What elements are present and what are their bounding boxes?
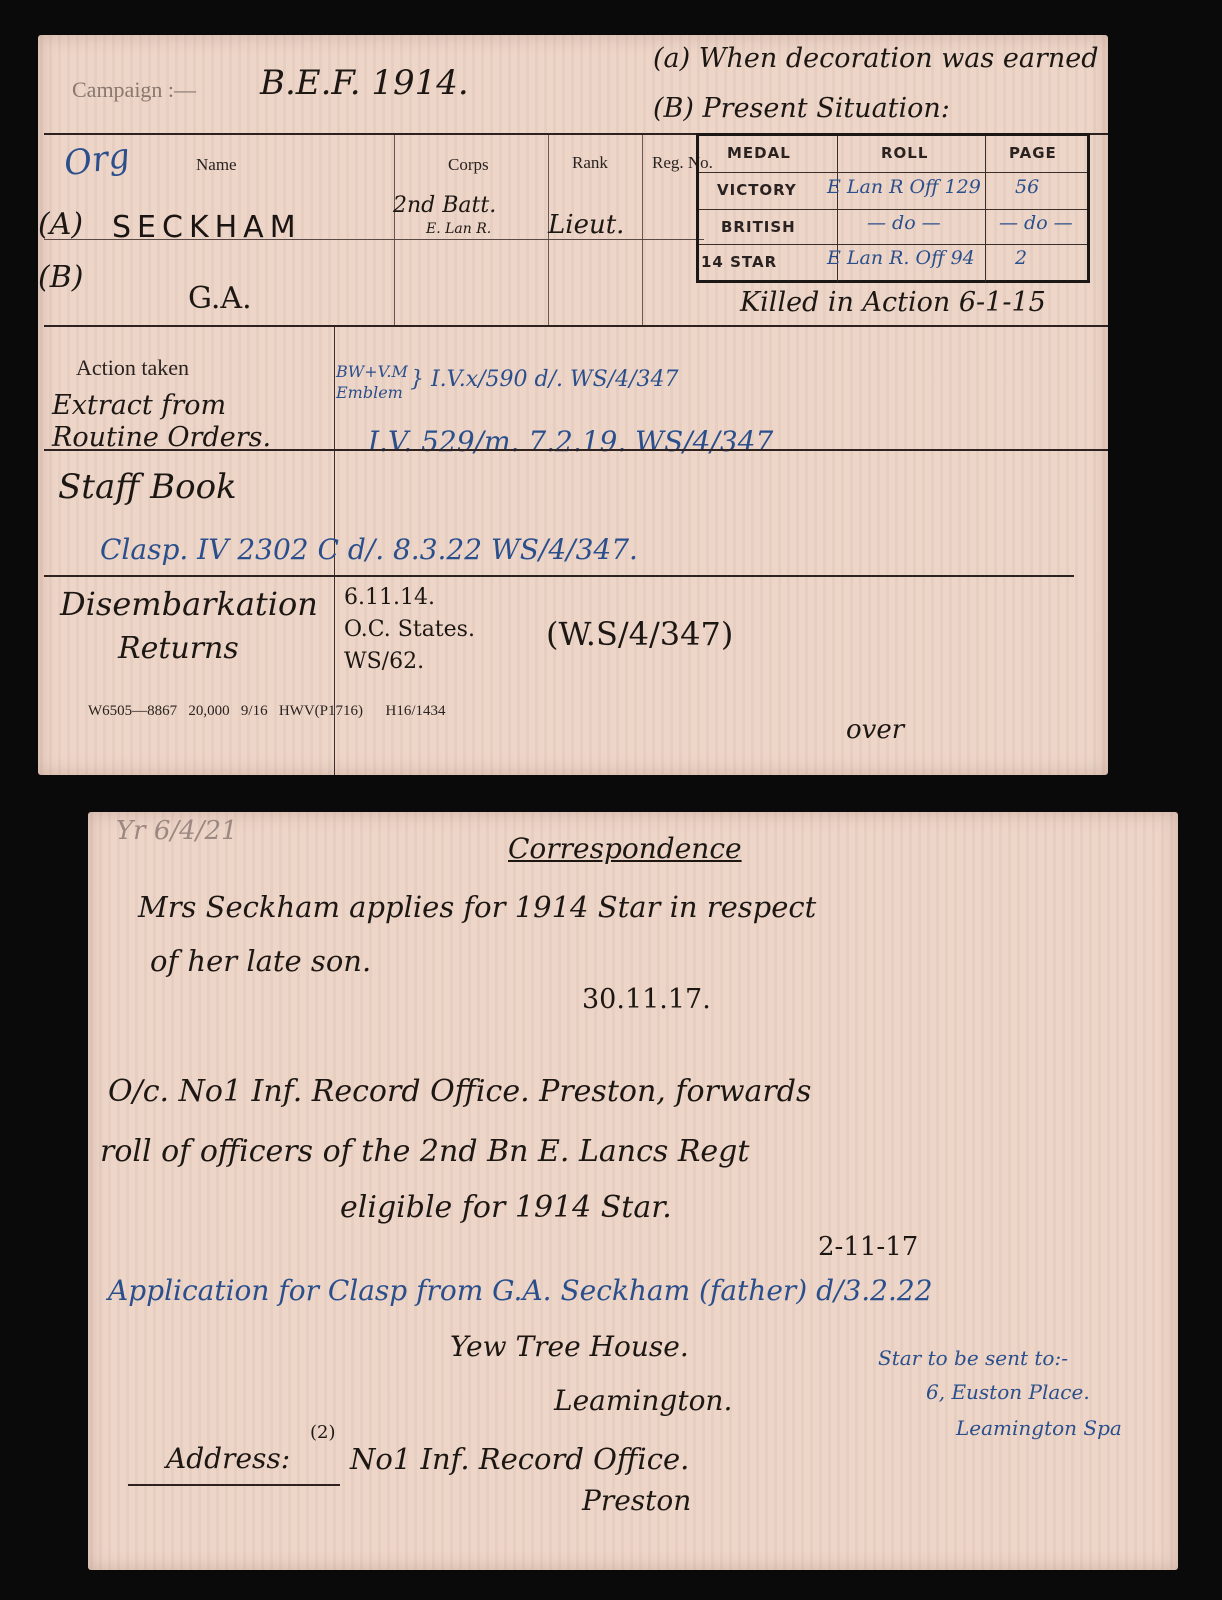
corps-line-2: E. Lan R.: [426, 221, 491, 237]
action-left-2: Staff Book: [58, 467, 237, 507]
correspondence-line-2: of her late son.: [150, 944, 371, 978]
correspondence-date-1: 30.11.17.: [582, 984, 711, 1015]
row-b-marker: (B): [38, 260, 83, 295]
action-right-2: I.V. 529/m. 7.2.19. WS/4/347: [368, 425, 773, 458]
disembark-ref: WS/62.: [344, 649, 424, 674]
roll-1914-star: E Lan R. Off 94: [827, 247, 975, 269]
medal-british: BRITISH: [721, 218, 796, 236]
correspondence-line-8: Leamington.: [554, 1384, 732, 1417]
address-underline: [128, 1484, 340, 1486]
pencil-note: Yr 6/4/21: [116, 816, 238, 846]
medal-header: MEDAL: [727, 144, 791, 162]
campaign-label: Campaign :—: [72, 77, 196, 103]
action-right-1b: Emblem: [336, 383, 403, 402]
header-name: Name: [196, 155, 237, 175]
row-a-marker: (A): [38, 207, 83, 242]
address-line-1: No1 Inf. Record Office.: [350, 1442, 689, 1476]
page-british: — do —: [999, 212, 1073, 234]
page-1914-star: 2: [1015, 247, 1027, 269]
roll-victory: E Lan R Off 129: [827, 176, 981, 198]
medal-table: MEDAL ROLL PAGE VICTORY E Lan R Off 129 …: [696, 133, 1090, 283]
over-note: over: [846, 715, 904, 745]
divider: [44, 325, 1108, 327]
address-line-2: Preston: [582, 1484, 691, 1517]
roll-british: — do —: [867, 212, 941, 234]
returns-label: Returns: [118, 631, 239, 666]
action-right-1a: BW+V.M: [336, 362, 408, 381]
page-header: PAGE: [1009, 144, 1057, 162]
clasp-line: Clasp. IV 2302 C d/. 8.3.22 WS/4/347.: [100, 533, 638, 566]
disembark-ws-ref: (W.S/4/347): [546, 615, 733, 653]
rank-value: Lieut.: [548, 210, 624, 240]
medal-victory: VICTORY: [717, 181, 797, 199]
note-b-present-situation: (B) Present Situation:: [653, 93, 950, 124]
side-note-1: Star to be sent to:-: [878, 1346, 1068, 1370]
correspondence-line-4: roll of officers of the 2nd Bn E. Lancs …: [100, 1134, 749, 1169]
campaign-value: B.E.F. 1914.: [260, 63, 469, 103]
column-divider: [642, 135, 643, 325]
side-note-3: Leamington Spa: [956, 1416, 1122, 1440]
header-corps: Corps: [448, 155, 489, 175]
correspondence-title: Correspondence: [508, 832, 742, 865]
correspondence-line-1: Mrs Seckham applies for 1914 Star in res…: [138, 890, 816, 924]
correspondence-line-6: Application for Clasp from G.A. Seckham …: [108, 1274, 933, 1307]
divider: [44, 575, 1074, 577]
disembark-source: O.C. States.: [344, 617, 475, 642]
corps-line-1: 2nd Batt.: [393, 193, 496, 218]
side-note-2: 6, Euston Place.: [926, 1380, 1090, 1404]
medal-1914-star: 14 STAR: [701, 253, 777, 271]
action-taken-label: Action taken: [76, 355, 189, 381]
disembark-date: 6.11.14.: [344, 585, 435, 610]
present-situation-value: Killed in Action 6-1-15: [740, 287, 1046, 318]
column-divider: [394, 135, 395, 325]
roll-header: ROLL: [881, 144, 928, 162]
address-marker: (2): [310, 1422, 336, 1443]
correspondence-date-2: 2-11-17: [818, 1232, 918, 1262]
correspondence-line-7: Yew Tree House.: [450, 1330, 689, 1363]
initials: G.A.: [188, 281, 252, 316]
action-left-1: Extract from Routine Orders.: [52, 390, 322, 454]
disembarkation-label: Disembarkation: [60, 585, 318, 623]
divider: [44, 449, 1108, 451]
header-rank: Rank: [572, 153, 608, 173]
address-label: Address:: [166, 1442, 290, 1475]
action-right-1c: } I.V.x/590 d/. WS/4/347: [410, 367, 679, 392]
print-reference: W6505—8867 20,000 9/16 HWV(P1716) H16/14…: [88, 703, 445, 720]
org-note: Org: [62, 136, 133, 185]
note-a-when-earned: (a) When decoration was earned: [653, 43, 1098, 74]
page-victory: 56: [1015, 176, 1039, 198]
medal-index-card-back: Yr 6/4/21 Correspondence Mrs Seckham app…: [88, 812, 1178, 1570]
surname: SECKHAM: [112, 210, 302, 245]
correspondence-line-5: eligible for 1914 Star.: [340, 1190, 672, 1225]
medal-index-card-front: Campaign :— B.E.F. 1914. (a) When decora…: [38, 35, 1108, 775]
correspondence-line-3: O/c. No1 Inf. Record Office. Preston, fo…: [108, 1074, 811, 1109]
